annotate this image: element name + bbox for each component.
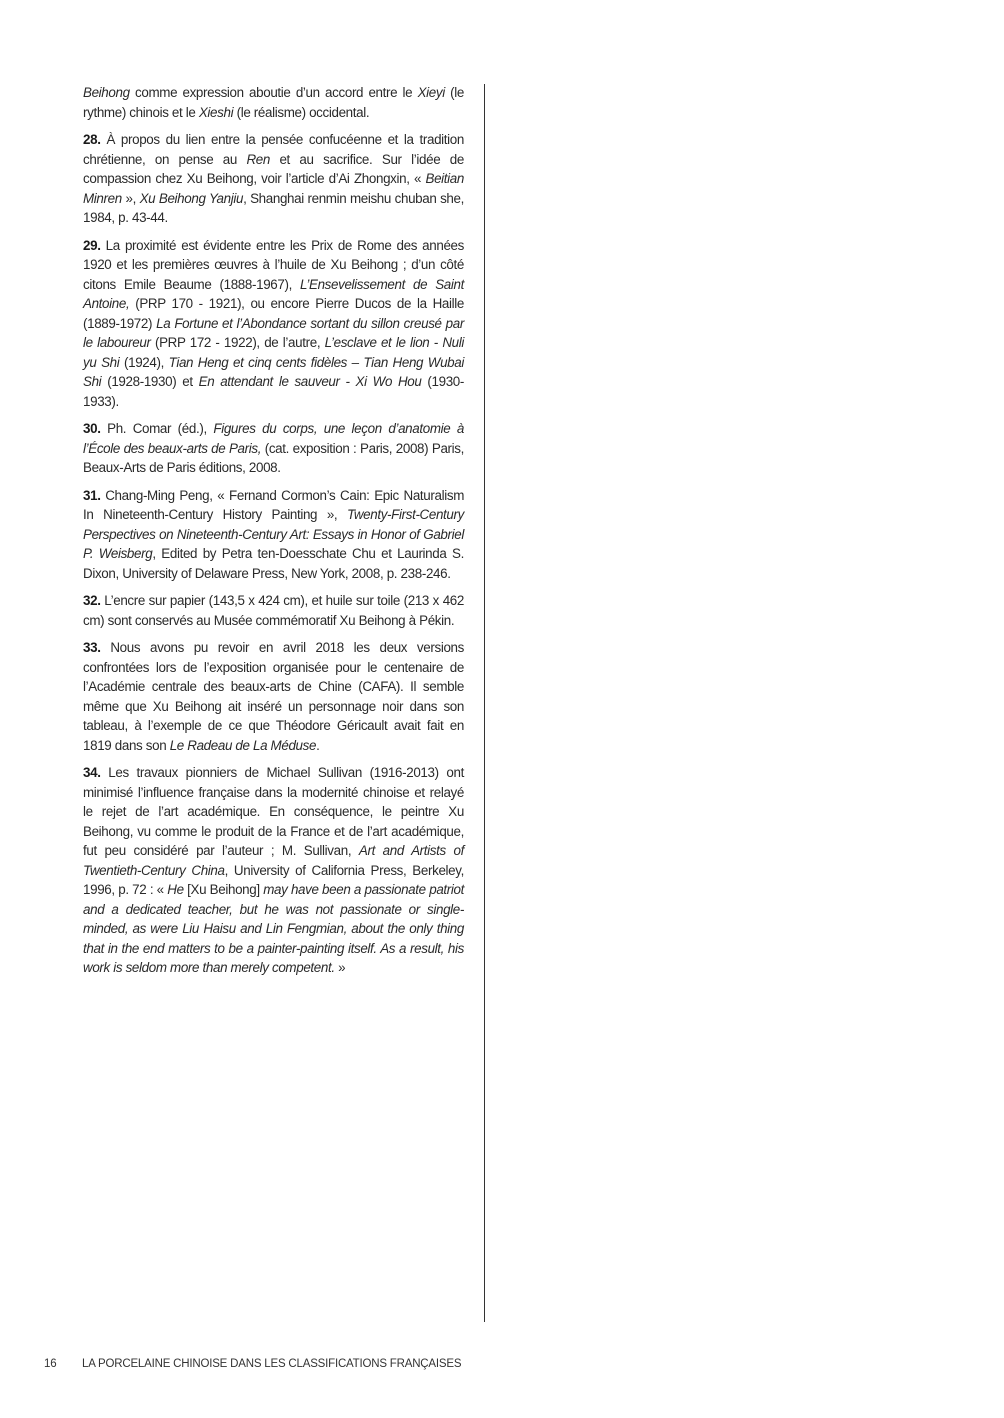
footnote: 31. Chang-Ming Peng, « Fernand Cormon’s … [83,486,464,584]
footnote-text: Ph. Comar (éd.), [101,421,214,436]
running-title: LA PORCELAINE CHINOISE DANS LES CLASSIFI… [82,1358,461,1370]
footnote-number: 32. [83,593,101,608]
footnote-number: 31. [83,488,101,503]
footnote-number: 34. [83,765,101,780]
footnote-title-text: Xieshi [199,105,233,120]
footnote-text: (1928-1930) et [101,374,198,389]
footnote: 32. L’encre sur papier (143,5 x 424 cm),… [83,591,464,630]
footnote: 28. À propos du lien entre la pensée con… [83,130,464,228]
footnote-text: [Xu Beihong] [184,882,264,897]
footnote-text: (PRP 172 - 1922), de l’autre, [151,335,325,350]
footnote: 30. Ph. Comar (éd.), Figures du corps, u… [83,419,464,478]
footnote-text: Nous avons pu revoir en avril 2018 les d… [83,640,464,753]
footnote-title-text: Ren [246,152,270,167]
footnote-title-text: Xu Beihong Yanjiu [140,191,244,206]
footnotes-column: Beihong comme expression aboutie d’un ac… [83,83,464,986]
footnote-number: 29. [83,238,101,253]
footnote-number: 28. [83,132,101,147]
footnote-number: 30. [83,421,101,436]
footnote-text: L’encre sur papier (143,5 x 424 cm), et … [83,593,464,628]
column-divider [484,84,485,1322]
footnote-text: » [335,960,345,975]
footnote: 29. La proximité est évidente entre les … [83,236,464,412]
footnote: Beihong comme expression aboutie d’un ac… [83,83,464,122]
footnote-text: (le réalisme) occidental. [233,105,369,120]
footnote-title-text: En attendant le sauveur - Xi Wo Hou [199,374,422,389]
footnote-text: (1924), [119,355,168,370]
document-page: Beihong comme expression aboutie d’un ac… [0,0,1004,1418]
footnote-title-text: Le Radeau de La Méduse [170,738,316,753]
footnote: 33. Nous avons pu revoir en avril 2018 l… [83,638,464,755]
footnote-text: », [122,191,140,206]
page-number: 16 [44,1358,56,1370]
footnote-number: 33. [83,640,101,655]
footnote: 34. Les travaux pionniers de Michael Sul… [83,763,464,978]
footnote-title-text: Xieyi [418,85,445,100]
footnote-text: comme expression aboutie d’un accord ent… [130,85,418,100]
footnote-title-text: He [167,882,183,897]
footnote-title-text: Beihong [83,85,130,100]
footnote-text: . [316,738,319,753]
